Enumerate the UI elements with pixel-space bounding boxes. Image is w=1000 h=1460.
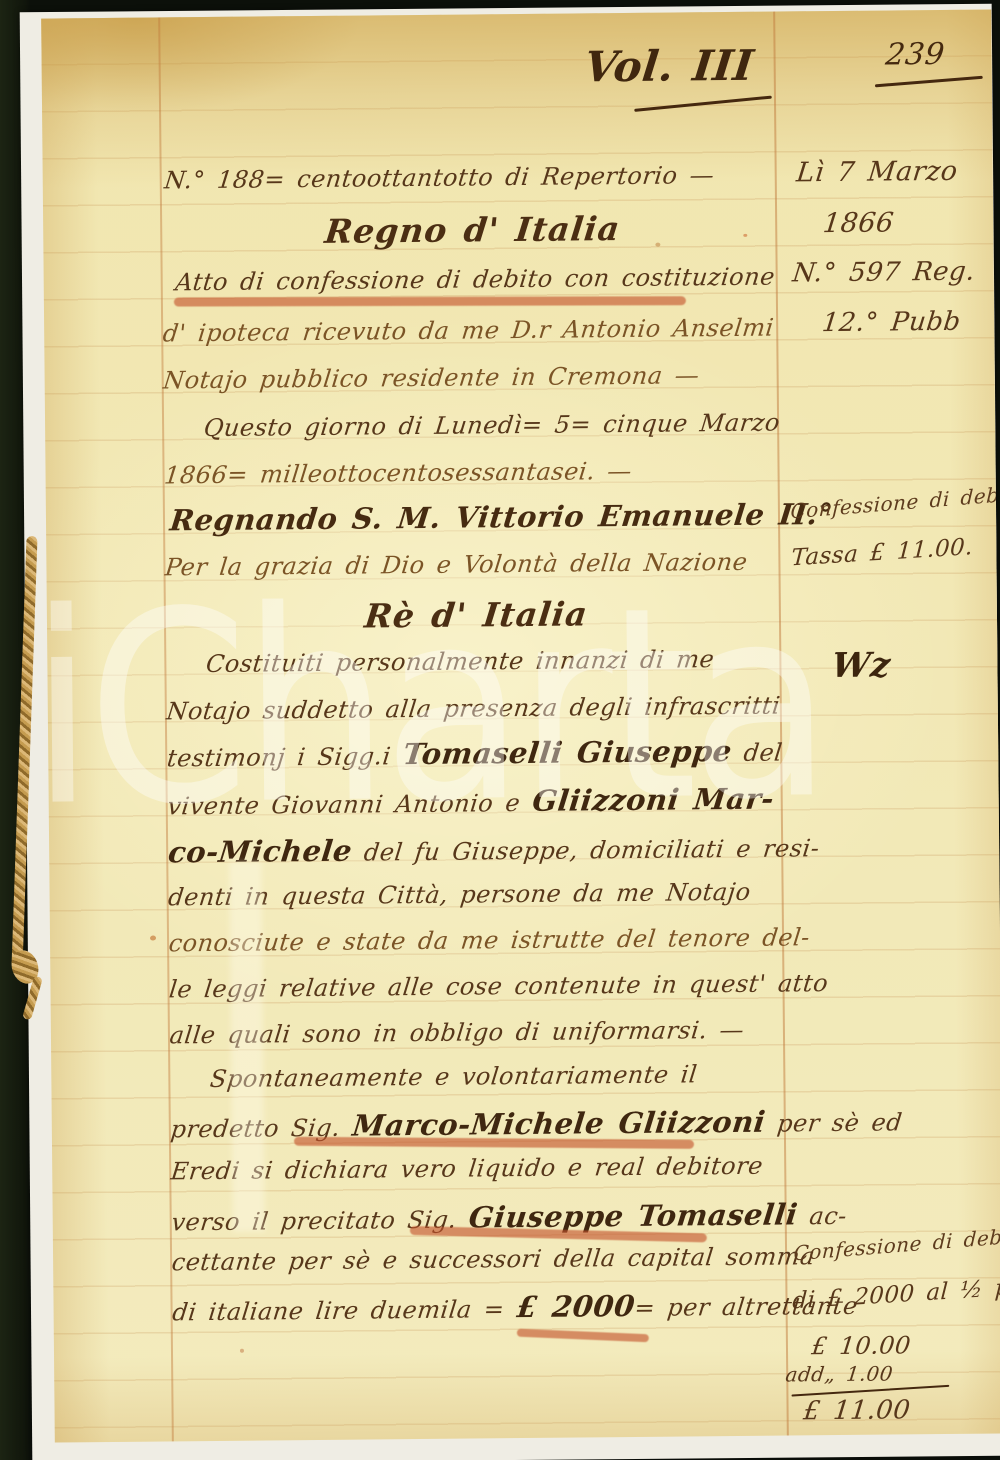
testimonj-text: testimonj i Sigg.i: [166, 742, 405, 772]
vivente-text: vivente Giovanni Antonio e: [166, 789, 534, 821]
line-grazia: Per la grazia di Dio e Volontà della Naz…: [164, 549, 749, 582]
line-regnando: Regnando S. M. Vittorio Emanuele II.°: [168, 498, 835, 538]
margin-paraph: Wz: [830, 646, 893, 686]
michele-text: del fu Giuseppe, domiciliati e resi-: [350, 834, 821, 867]
red-underline-amount: [517, 1329, 649, 1343]
predetto-text-after: per sè ed: [764, 1108, 904, 1137]
line-repertorio: N.° 188= centoottantotto di Repertorio —: [163, 162, 716, 195]
line-atto3: Notajo pubblico residente in Cremona —: [162, 362, 701, 395]
margin-date-line1: Lì 7 Marzo: [795, 156, 960, 189]
paper-speck: [743, 234, 747, 237]
margin-sum-line2: add„ 1.00: [784, 1362, 894, 1386]
margin-pubb-number: 12.° Pubb: [820, 308, 962, 339]
line-conosciute: conosciute e state da me istrutte del te…: [167, 924, 811, 958]
line-cettante: cettante per sè e successori della capit…: [170, 1243, 816, 1277]
line-testimonj: testimonj i Sigg.i Tomaselli Giuseppe de…: [165, 734, 784, 773]
line-michele: co-Michele del fu Giuseppe, domiciliati …: [166, 830, 821, 870]
page-number-underline: [875, 76, 983, 87]
margin-confessione-note: Confessione di debito: [790, 481, 1000, 523]
margin-sum-total: £ 11.00: [802, 1396, 912, 1427]
line-italiane: di italiane lire duemila = £ 2000= per a…: [171, 1288, 860, 1328]
heading-regno: Regno d' Italia: [165, 209, 779, 253]
margin-date-line2: 1866: [821, 207, 895, 239]
volume-label: Vol. III: [582, 42, 756, 92]
italiane-text: di italiane lire duemila =: [171, 1295, 518, 1326]
line-vivente: vivente Giovanni Antonio e Gliizzoni Mar…: [166, 783, 776, 822]
line-spontaneamente: Spontaneamente e volontariamente il: [209, 1061, 699, 1093]
margin-tassa-note: Tassa £ 11.00.: [791, 534, 974, 572]
line-leggi: le leggi relative alle cose contenute in…: [168, 970, 830, 1004]
testimonj-text-after: del: [730, 738, 784, 767]
paper-light-streak: [229, 862, 265, 1232]
line-costituiti1: Costituiti personalmente innanzi di me: [205, 646, 716, 679]
line-atto2: d' ipoteca ricevuto da me D.r Antonio An…: [161, 315, 775, 348]
paper-speck: [150, 936, 156, 941]
volume-underline: [634, 96, 772, 112]
verso-text-after: ac-: [796, 1202, 849, 1231]
margin-bottom-note2: di £ 2000 al ½ p. 2: [792, 1273, 1000, 1315]
line-giorno2: 1866= milleottocentosessantasei. —: [163, 458, 634, 490]
line-costituiti2: Notajo suddetto alla presenza degli infr…: [165, 693, 782, 727]
margin-reg-number: N.° 597 Reg.: [791, 258, 977, 290]
red-underline-debtor: [294, 1137, 694, 1149]
margin-sum-line1: £ 10.00: [810, 1332, 912, 1361]
red-underline-atto: [174, 296, 686, 306]
party-name-tomaselli: Tomaselli Giuseppe: [401, 734, 733, 771]
party-name-gliizzoni: Gliizzoni Mar-: [531, 782, 776, 818]
paper-speck: [655, 243, 660, 247]
page-number: 239: [884, 38, 947, 73]
line-atto1: Atto di confessione di debito con costit…: [174, 264, 777, 297]
heading-re-italia: Rè d' Italia: [169, 593, 783, 637]
line-giorno1: Questo giorno di Lunedì= 5= cinque Marzo: [202, 410, 781, 443]
amount-2000: £ 2000: [515, 1289, 637, 1324]
scanned-document: Vol. III 239 N.° 188= centoottantotto di…: [0, 0, 1000, 1460]
paper-speck: [240, 1349, 244, 1353]
manuscript-page: Vol. III 239 N.° 188= centoottantotto di…: [41, 9, 1000, 1442]
